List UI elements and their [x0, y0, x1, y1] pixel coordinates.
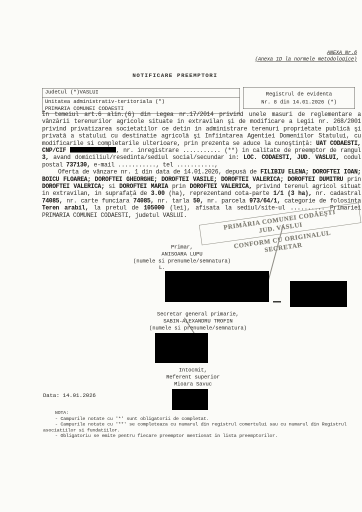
text-run: În temeiul art.6 alin.(6) din Legea nr.1…	[42, 111, 361, 147]
document-body: În temeiul art.6 alin.(6) din Legea nr.1…	[42, 111, 361, 219]
text-run: nr. tarla	[154, 197, 193, 204]
text-run-bold: 3.00	[151, 190, 165, 197]
text-run-bold: DOROFTEI VALERICA,	[190, 183, 253, 190]
text-run: (ha), reprezentand cota-parte	[165, 190, 274, 197]
text-run: Oferta de vânzare nr. 1 din data de 14.0…	[58, 169, 260, 176]
annex-subtitle: (Anexa 1D la normele metodologice)	[255, 57, 357, 64]
uat-label: Unitatea administrativ-teritoriala (*)	[45, 99, 237, 106]
signature-redaction-stamp	[290, 281, 347, 307]
text-run-bold: 973/64/1,	[249, 197, 280, 204]
text-run-bold: 74085,	[133, 197, 154, 204]
text-run-bold: Teren arabil,	[42, 205, 89, 212]
signature-redaction-intocmit	[172, 389, 208, 410]
text-run-bold: DOROFTEI VALERICA;	[42, 183, 105, 190]
text-run: , nr. inregistrare ........... (**) in c…	[116, 147, 361, 154]
text-run: nr. parcela	[203, 197, 249, 204]
registry-number: Nr. 8 din 14.01.2026 (*)	[244, 99, 355, 107]
text-run: e-mail ..........., tel ...........,	[94, 161, 218, 168]
text-run-bold: 105000	[144, 205, 165, 212]
signature-redaction-primar	[165, 271, 269, 302]
signature-block-secretar: Secretar general primarie, SABIN-ALEXAND…	[128, 311, 268, 332]
scanned-document-page: ANEXA Nr.6 (Anexa 1D la normele metodolo…	[0, 0, 362, 512]
text-run: la pretul de	[89, 205, 144, 212]
registry-title: Registrul de evidenta	[244, 91, 355, 99]
cnp-redaction	[70, 147, 116, 153]
pen-dash	[273, 301, 281, 302]
nota-item: - Campurile notate cu '**' se completeaz…	[43, 422, 357, 434]
judet-label: Judetul (*)VASLUI	[45, 90, 99, 96]
annex-reference: ANEXA Nr.6 (Anexa 1D la normele metodolo…	[255, 50, 357, 63]
text-run-bold: 1/1 (3 ha),	[273, 190, 312, 197]
footnotes: NOTA: - Campurile notate cu '*' sunt obl…	[43, 410, 357, 439]
secretar-name: SABIN-ALEXANDRU TROFIN	[128, 318, 268, 325]
paragraph-legal-basis: În temeiul art.6 alin.(6) din Legea nr.1…	[42, 111, 361, 169]
text-run-bold: 50,	[193, 197, 203, 204]
text-run-bold: 737130,	[66, 161, 94, 168]
intocmit-role: Intocmit,	[123, 367, 263, 374]
primar-name: ANISOARA LUPU	[112, 251, 252, 258]
registry-box: Registrul de evidenta Nr. 8 din 14.01.20…	[243, 87, 355, 109]
text-run: nr. carte funciara	[63, 197, 134, 204]
text-run-bold: DOROFTEI MARIA	[119, 183, 168, 190]
secretar-note: (numele si prenumele/semnatura)	[128, 325, 268, 332]
text-run-bold: 3,	[42, 154, 49, 161]
text-run-bold: LOC. CODAESTI, JUD. VASLUI,	[243, 154, 343, 161]
document-date: Data: 14.01.2026	[43, 393, 96, 399]
text-run: prin	[343, 176, 361, 183]
signature-block-primar: Primar, ANISOARA LUPU (numele si prenume…	[112, 244, 252, 265]
nota-item: - Obligatoriu se emite pentru fiecare pr…	[43, 433, 357, 439]
primar-role: Primar,	[112, 244, 252, 251]
page-title: NOTIFICARE PREEMPTORI	[0, 73, 350, 79]
text-run: prin	[168, 183, 190, 190]
text-run: avand domiciliul/resedinta/sediul social…	[49, 154, 243, 161]
text-run: nr. cadastral	[312, 190, 361, 197]
signature-redaction-secretar	[155, 333, 208, 363]
intocmit-name: Mioara Savuc	[123, 381, 263, 388]
intocmit-title: Referent superior	[123, 374, 263, 381]
primar-note: (numele si prenumele/semnatura)	[112, 258, 252, 265]
secretar-role: Secretar general primarie,	[128, 311, 268, 318]
signature-block-intocmit: Intocmit, Referent superior Mioara Savuc	[123, 367, 263, 388]
text-run-bold: 74085,	[42, 197, 63, 204]
text-run: si	[105, 183, 120, 190]
